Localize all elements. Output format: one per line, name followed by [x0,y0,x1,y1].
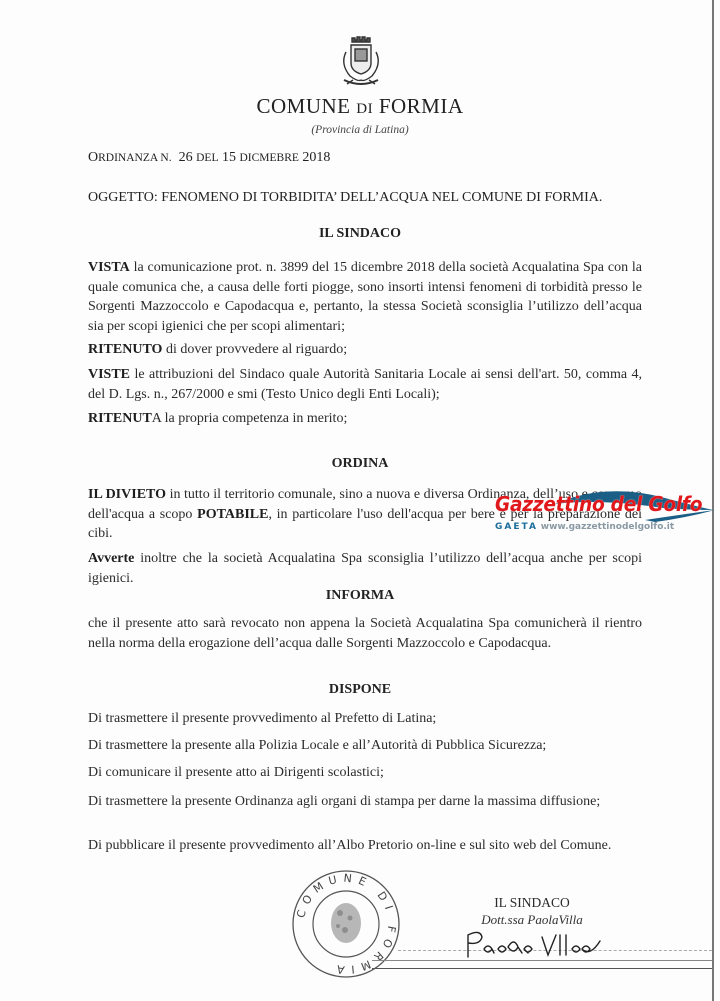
informa-heading: INFORMA [0,588,720,604]
premise-keyword: VISTE [88,367,130,382]
premise-ritenuta: RITENUTA la propria competenza in merito… [88,409,642,429]
premise-keyword: VISTA [88,260,130,275]
ordinanza-label-rest: RDINANZA N. [98,152,171,164]
informa-text: che il presente atto sarà revocato non a… [88,614,642,653]
signer-name: Dott.ssa PaolaVilla [462,912,602,928]
potabile-keyword: POTABILE [197,507,268,522]
watermark-url[interactable]: www.gazzettinodelgolfo.it [541,522,674,532]
watermark-city: GAETA [495,522,538,532]
ordinance-month: DICMEBRE [239,152,298,164]
ordinance-number-line: ORDINANZA N. 26 DEL 15 DICMEBRE 2018 [88,150,330,166]
dispone-item: Di trasmettere la presente Ordinanza agl… [88,792,642,812]
signer-block: IL SINDACO Dott.ssa PaolaVilla [462,895,602,928]
ordina-heading: ORDINA [0,456,720,472]
title-comune: COMUNE [256,94,350,118]
official-seal-icon: COMUNE DI FORMIA [290,868,402,980]
rule [372,968,712,969]
handwritten-signature [460,927,620,961]
title-formia: FORMIA [379,94,464,118]
premise-vista: VISTA la comunicazione prot. n. 3899 del… [88,258,642,336]
premise-text: di dover provvedere al riguardo; [162,342,347,357]
ordinance-year: 2018 [302,150,330,165]
premise-viste: VISTE le attribuzioni del Sindaco quale … [88,365,642,404]
premise-text: le attribuzioni del Sindaco quale Autori… [88,367,642,402]
avverte-keyword: Avverte [88,551,134,566]
subject-line: OGGETTO: FENOMENO DI TORBIDITA’ DELL’ACQ… [88,190,602,206]
premise-text: la comunicazione prot. n. 3899 del 15 di… [88,260,642,334]
ordinance-number: 26 [179,150,193,165]
il-sindaco-heading: IL SINDACO [0,226,720,242]
dispone-item: Di comunicare il presente atto ai Dirige… [88,765,384,781]
watermark-subtitle: GAETA www.gazzettinodelgolfo.it [495,522,674,532]
province-subtitle: (Provincia di Latina) [0,124,720,136]
dispone-item: Di trasmettere il presente provvedimento… [88,711,436,727]
ordinance-document: COMUNE DI FORMIA (Provincia di Latina) O… [0,0,720,1001]
divieto-keyword: IL DIVIETO [88,487,166,502]
premise-ritenuto: RITENUTO di dover provvedere al riguardo… [88,340,642,360]
gazzettino-watermark[interactable]: Gazzettino del Golfo GAETA www.gazzettin… [495,488,720,544]
ordinance-day: 15 [222,150,236,165]
ordinanza-label-first: O [88,150,98,165]
premise-keyword: RITENUT [88,411,152,426]
avverte-text: inoltre che la società Acqualatina Spa s… [88,551,642,586]
signer-role: IL SINDACO [462,895,602,911]
page-title: COMUNE DI FORMIA [0,94,720,119]
premise-keyword: RITENUTO [88,342,162,357]
municipal-coat-of-arms-icon [338,32,384,92]
ordinance-del: DEL [196,152,218,164]
watermark-title: Gazzettino del Golfo [495,492,702,516]
dispone-item: Di pubblicare il presente provvedimento … [88,836,642,856]
ordina-avverte: Avverte inoltre che la società Acqualati… [88,549,642,588]
title-di: DI [356,101,373,117]
dispone-heading: DISPONE [0,682,720,698]
premise-text: A la propria competenza in merito; [152,411,348,426]
dispone-item: Di trasmettere la presente alla Polizia … [88,738,546,754]
